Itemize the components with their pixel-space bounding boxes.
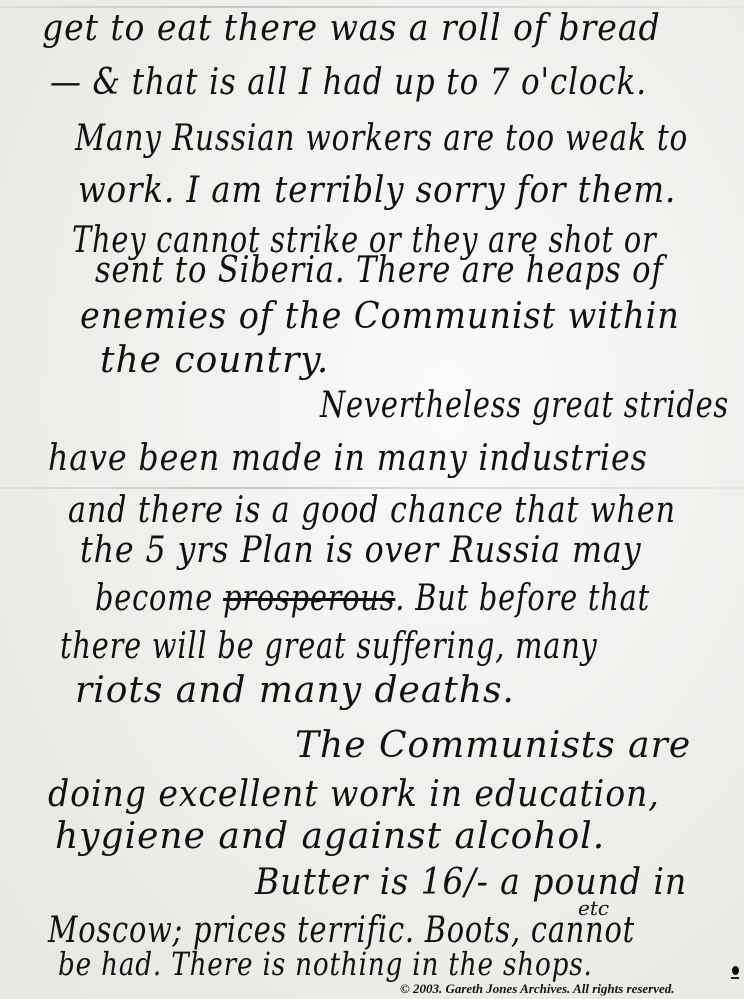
handwritten-line: Nevertheless great strides <box>320 385 729 426</box>
handwritten-line: — & that is all I had up to 7 o'clock. <box>50 62 647 103</box>
handwritten-line: the country. <box>100 340 329 381</box>
paper-crease <box>0 487 744 489</box>
handwritten-line: doing excellent work in education, <box>48 774 660 815</box>
ink-mark <box>731 977 739 979</box>
handwritten-line: Butter is 16/- a pound in <box>255 862 687 903</box>
ink-mark <box>732 966 739 975</box>
handwritten-line: sent to Siberia. There are heaps of <box>95 250 664 291</box>
handwritten-word: become <box>95 578 223 619</box>
handwritten-line: and there is a good chance that when <box>68 490 676 531</box>
handwritten-line: work. I am terribly sorry for them. <box>78 170 676 211</box>
handwritten-line: enemies of the Communist within <box>80 296 680 337</box>
handwritten-line: the 5 yrs Plan is over Russia may <box>80 530 641 571</box>
handwritten-line: Many Russian workers are too weak to <box>75 118 688 159</box>
handwritten-line: hygiene and against alcohol. <box>55 816 605 857</box>
handwritten-line: The Communists are <box>295 725 691 766</box>
handwritten-line: get to eat there was a roll of bread <box>42 8 661 49</box>
handwritten-line: have been made in many industries <box>48 438 648 479</box>
insertion-note: etc <box>578 896 609 920</box>
handwritten-line: riots and many deaths. <box>75 670 515 711</box>
handwritten-line: become prosperous. But before that <box>95 578 650 619</box>
handwritten-line: be had. There is nothing in the shops. <box>58 945 593 983</box>
handwritten-word: . But before that <box>395 578 650 619</box>
copyright-notice: © 2003. Gareth Jones Archives. All right… <box>400 981 675 997</box>
letter-page: get to eat there was a roll of bread — &… <box>0 0 744 999</box>
struck-word: prosperous <box>223 578 395 619</box>
handwritten-line: there will be great suffering, many <box>60 626 598 667</box>
